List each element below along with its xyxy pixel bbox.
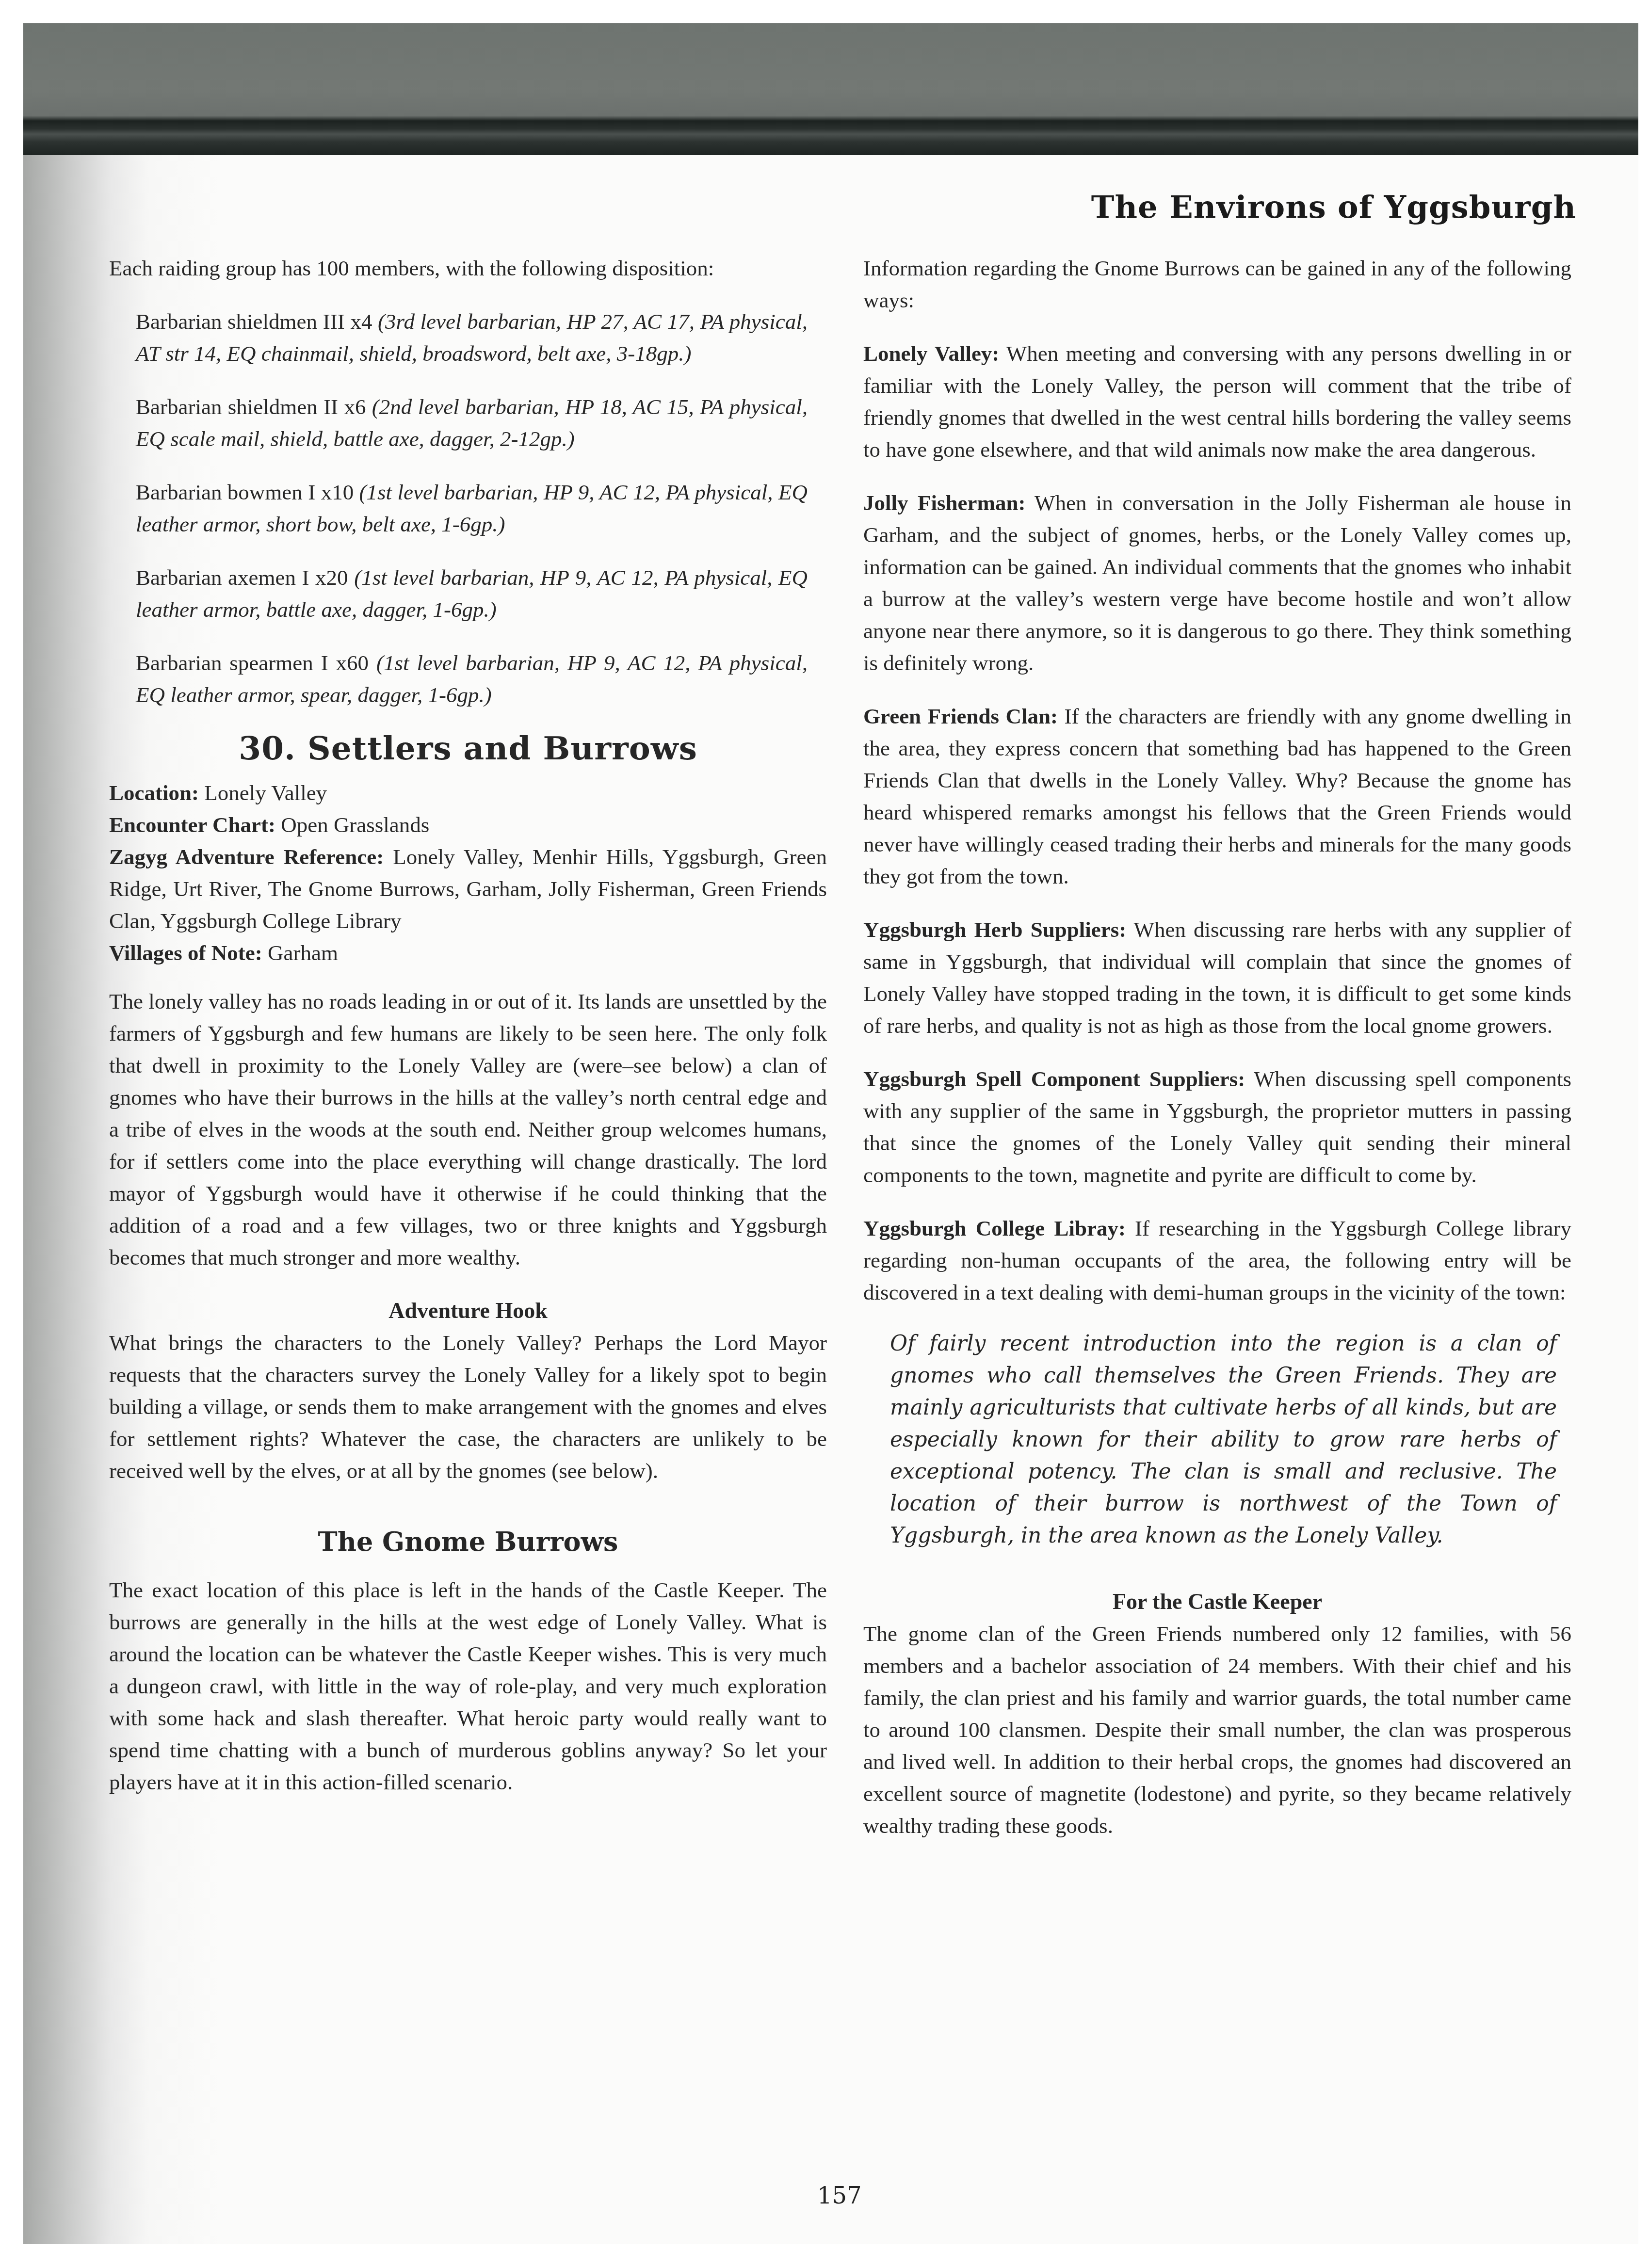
info-entry-lonely-valley: Lonely Valley: When meeting and conversi… <box>863 338 1571 466</box>
meta-label: Zagyg Adventure Reference: <box>109 845 384 869</box>
gnome-burrows-heading: The Gnome Burrows <box>109 1526 827 1558</box>
meta-label: Location: <box>109 781 199 805</box>
entry-label: Yggsburgh College Libray: <box>863 1216 1126 1240</box>
section-title: 30. Settlers and Burrows <box>109 732 827 764</box>
meta-encounter-chart: Encounter Chart: Open Grasslands <box>109 809 827 841</box>
right-column: Information regarding the Gnome Burrows … <box>863 252 1571 1863</box>
meta-label: Villages of Note: <box>109 941 262 965</box>
unit-entry: Barbarian axemen I x20 (1st level barbar… <box>136 562 808 626</box>
left-column: Each raiding group has 100 members, with… <box>109 252 827 1819</box>
adventure-hook-text: What brings the characters to the Lonely… <box>109 1327 827 1487</box>
entry-label: Jolly Fisherman: <box>863 491 1025 515</box>
meta-value: Garham <box>262 941 338 965</box>
entry-label: Yggsburgh Herb Suppliers: <box>863 917 1126 942</box>
meta-adventure-reference: Zagyg Adventure Reference: Lonely Valley… <box>109 841 827 937</box>
unit-name: Barbarian shieldmen II x6 <box>136 395 372 419</box>
info-entry-green-friends: Green Friends Clan: If the characters ar… <box>863 700 1571 892</box>
unit-entry: Barbarian shieldmen II x6 (2nd level bar… <box>136 391 808 455</box>
meta-villages: Villages of Note: Garham <box>109 937 827 969</box>
unit-entry: Barbarian spearmen I x60 (1st level barb… <box>136 647 808 711</box>
unit-name: Barbarian bowmen I x10 <box>136 480 359 504</box>
info-entry-spell-suppliers: Yggsburgh Spell Component Suppliers: Whe… <box>863 1063 1571 1191</box>
adventure-hook-heading: Adventure Hook <box>109 1295 827 1327</box>
entry-label: Green Friends Clan: <box>863 704 1058 728</box>
unit-entry: Barbarian bowmen I x10 (1st level barbar… <box>136 476 808 540</box>
page-number: 157 <box>817 2182 862 2209</box>
scanner-bed-edge <box>23 23 1638 155</box>
entry-text: When in conversation in the Jolly Fisher… <box>863 491 1571 675</box>
meta-value: Lonely Valley <box>199 781 327 805</box>
meta-value: Open Grasslands <box>275 813 429 837</box>
meta-location: Location: Lonely Valley <box>109 777 827 809</box>
entry-label: Lonely Valley: <box>863 341 999 366</box>
info-entry-college-library: Yggsburgh College Libray: If researching… <box>863 1212 1571 1308</box>
raiding-group-intro: Each raiding group has 100 members, with… <box>109 252 827 284</box>
info-entry-jolly-fisherman: Jolly Fisherman: When in conversation in… <box>863 487 1571 679</box>
info-entry-herb-suppliers: Yggsburgh Herb Suppliers: When discussin… <box>863 914 1571 1042</box>
running-head: The Environs of Yggsburgh <box>1091 189 1576 225</box>
unit-name: Barbarian axemen I x20 <box>136 565 354 590</box>
library-quote: Of fairly recent introduction into the r… <box>890 1328 1557 1552</box>
gnome-burrows-text: The exact location of this place is left… <box>109 1574 827 1798</box>
entry-label: Yggsburgh Spell Component Suppliers: <box>863 1067 1245 1091</box>
unit-name: Barbarian shieldmen III x4 <box>136 309 378 334</box>
castle-keeper-heading: For the Castle Keeper <box>863 1586 1571 1618</box>
unit-name: Barbarian spearmen I x60 <box>136 651 376 675</box>
unit-entry: Barbarian shieldmen III x4 (3rd level ba… <box>136 306 808 370</box>
castle-keeper-text: The gnome clan of the Green Friends numb… <box>863 1618 1571 1842</box>
information-intro: Information regarding the Gnome Burrows … <box>863 252 1571 316</box>
entry-text: If the characters are friendly with any … <box>863 704 1571 888</box>
meta-label: Encounter Chart: <box>109 813 275 837</box>
valley-description: The lonely valley has no roads leading i… <box>109 985 827 1273</box>
